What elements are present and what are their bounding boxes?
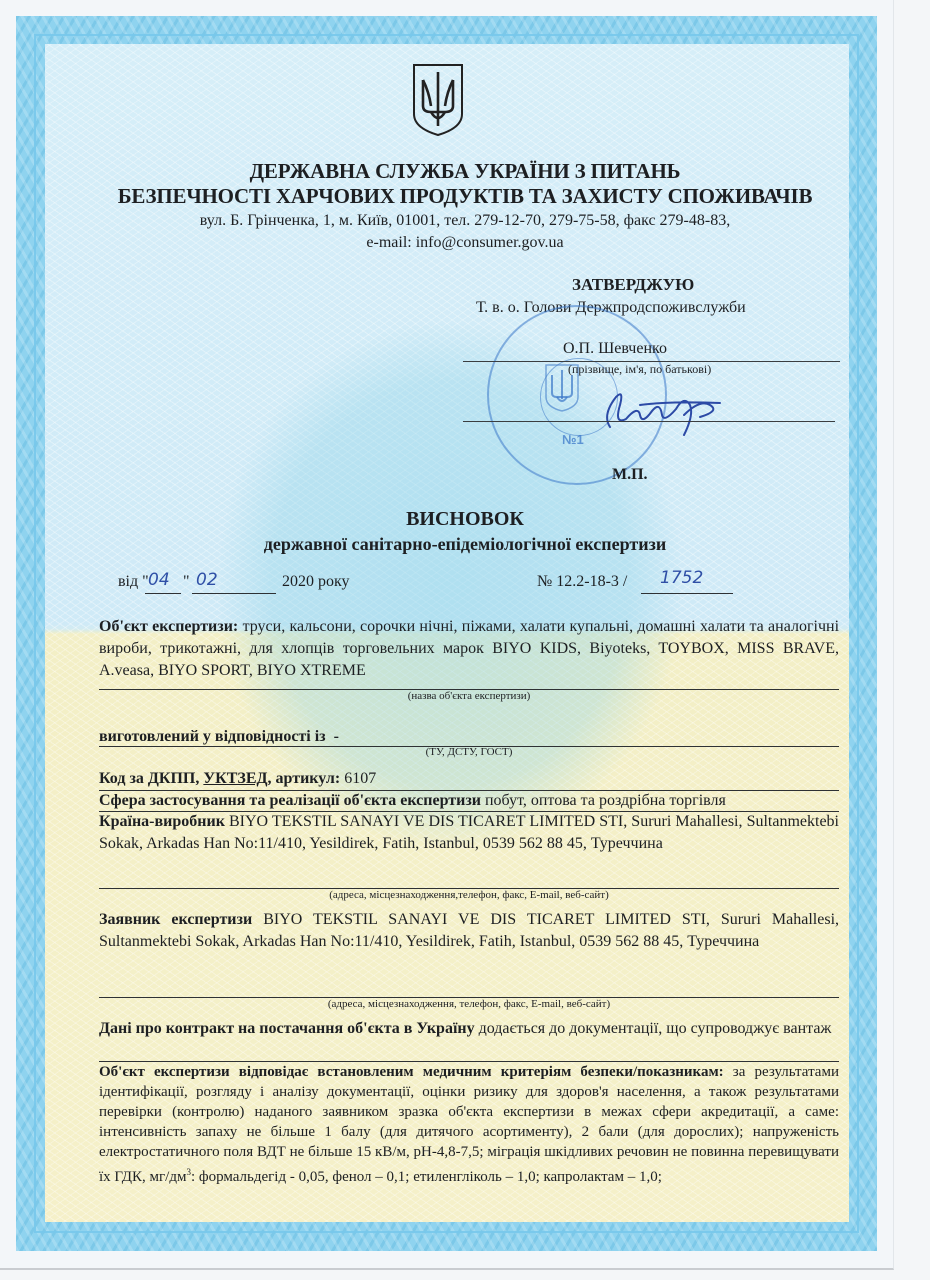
- object-label: Об'єкт експертизи:: [99, 618, 238, 635]
- date-day: 04: [148, 570, 170, 590]
- date-day-underline: [145, 593, 181, 594]
- code-value: 6107: [344, 770, 376, 787]
- criteria-field: Об'єкт експертизи відповідає встановлени…: [99, 1062, 839, 1187]
- manufactured-value: -: [334, 728, 339, 745]
- document-content: ДЕРЖАВНА СЛУЖБА УКРАЇНИ З ПИТАНЬ БЕЗПЕЧН…: [0, 0, 930, 1280]
- document-title: ВИСНОВОК: [60, 508, 870, 531]
- applicant-label: Заявник експертизи: [99, 911, 252, 928]
- code-label-article: , артикул:: [268, 770, 341, 787]
- code-field: Код за ДКПП, УКТЗЕД, артикул: 6107: [99, 768, 839, 790]
- manufactured-label: виготовлений у відповідності із: [99, 728, 326, 745]
- number-underline: [641, 593, 733, 594]
- code-label-dkpp: Код за ДКПП,: [99, 770, 199, 787]
- ukraine-coat-of-arms-icon: [411, 62, 465, 138]
- applicant-hint: (адреса, місцезнаходження, телефон, факс…: [99, 998, 839, 1010]
- signature-icon: [580, 375, 740, 445]
- criteria-value: за результатами ідентифікації, розгляду …: [99, 1064, 839, 1185]
- contract-label: Дані про контракт на постачання об'єкта …: [99, 1020, 475, 1037]
- agency-email: e-mail: info@consumer.gov.ua: [60, 232, 870, 254]
- date-prefix: від ": [118, 573, 149, 591]
- agency-address: вул. Б. Грінченка, 1, м. Київ, 01001, те…: [60, 210, 870, 232]
- official-name: О.П. Шевченко: [563, 340, 667, 358]
- date-month: 02: [196, 570, 218, 590]
- number-prefix: № 12.2-18-3 /: [537, 573, 627, 591]
- contract-field: Дані про контракт на постачання об'єкта …: [99, 1018, 839, 1040]
- code-label-uktzed: УКТЗЕД: [203, 770, 267, 787]
- document-number: 1752: [660, 568, 703, 588]
- scope-value: побут, оптова та роздрібна торгівля: [485, 792, 726, 809]
- agency-name-line2: БЕЗПЕЧНОСТІ ХАРЧОВИХ ПРОДУКТІВ ТА ЗАХИСТ…: [60, 184, 870, 209]
- agency-name-line1: ДЕРЖАВНА СЛУЖБА УКРАЇНИ З ПИТАНЬ: [60, 159, 870, 184]
- manufactured-hint: (ТУ, ДСТУ, ГОСТ): [99, 746, 839, 758]
- scope-label: Сфера застосування та реалізації об'єкта…: [99, 792, 481, 809]
- document-subtitle: державної санітарно-епідеміологічної екс…: [60, 534, 870, 555]
- manufacturer-field: Країна-виробник BIYO TEKSTIL SANAYI VE D…: [99, 811, 839, 855]
- contract-value: додається до документації, що супроводжу…: [479, 1020, 832, 1037]
- approval-heading: ЗАТВЕРДЖУЮ: [572, 275, 694, 295]
- criteria-label: Об'єкт експертизи відповідає встановлени…: [99, 1064, 724, 1080]
- manufacturer-label: Країна-виробник: [99, 813, 225, 830]
- criteria-value-continued: : формальдегід - 0,05, фенол – 0,1; етил…: [191, 1169, 662, 1185]
- applicant-field: Заявник експертизи BIYO TEKSTIL SANAYI V…: [99, 909, 839, 953]
- date-year: 2020 року: [282, 573, 350, 591]
- manufacturer-hint: (адреса, місцезнаходження,телефон, факс,…: [99, 889, 839, 901]
- signature-underline: [463, 421, 835, 422]
- object-hint: (назва об'єкта експертизи): [99, 690, 839, 702]
- stamp-place-label: М.П.: [612, 466, 648, 484]
- manufactured-field: виготовлений у відповідності із -: [99, 726, 839, 748]
- date-separator: ": [183, 573, 190, 591]
- object-field: Об'єкт експертизи: труси, кальсони, соро…: [99, 616, 839, 682]
- date-month-underline: [192, 593, 276, 594]
- scope-field: Сфера застосування та реалізації об'єкта…: [99, 790, 839, 812]
